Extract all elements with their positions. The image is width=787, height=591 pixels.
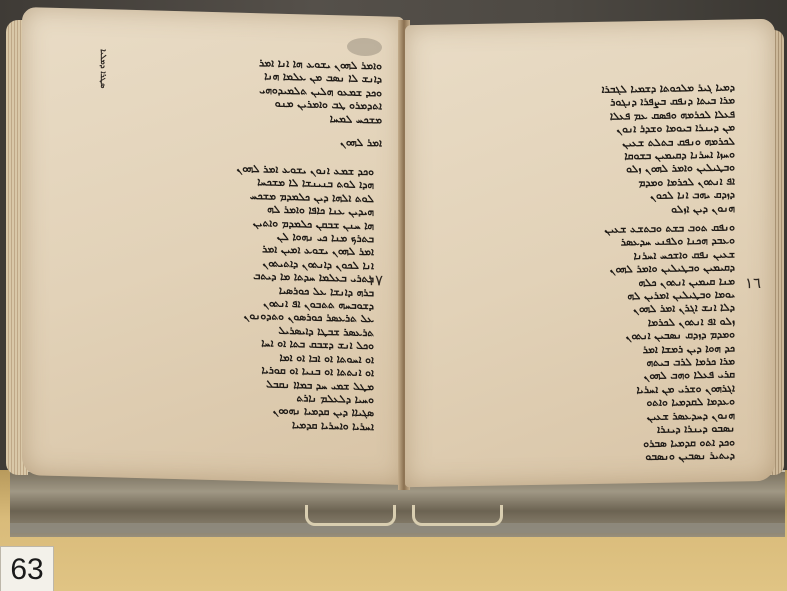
folio-number-right: ١٦ [745, 274, 761, 292]
museum-display-photo: ܣܛܪܐ ܕܡܠܝܐ ܘܐܡܪ ܠܗܘܢ ܝܫܘܥ ܗܐ ܐܢܐ ܐܡܪ ܕܐܢ… [0, 0, 787, 591]
text-line: ܐܡܪ ܠܗܘܢ [112, 130, 382, 150]
manuscript-page-left: ܣܛܪܐ ܕܡܠܝܐ ܘܐܡܪ ܠܗܘܢ ܝܫܘܥ ܗܐ ܐܢܐ ܐܡܪ ܕܐܢ… [22, 7, 404, 485]
manuscript-page-right: ܕܡܝܐ ܓܝܪ ܡܠܟܘܬܐ ܕܫܡܝܐ ܠܓܒܪܐ ܡܪܐ ܒܝܬܐ ܕܢܦ… [405, 19, 775, 487]
stand-base-bar [10, 523, 785, 533]
exhibit-number-label: 63 [0, 546, 54, 591]
right-page-text-main: ܘܢܦܩ ܬܘܒ ܒܫܬ ܘܒܬܫܥ ܫܥܝܢ ܘܥܒܕ ܗܟܢܐ ܘܠܦܢܝ … [445, 221, 735, 467]
left-page-text-main: ܘܟܕ ܫܡܥ ܐܢܘܢ ܝܫܘܥ ܐܡܪ ܠܗܘܢ ܗܕܐ ܠܘܬ ܒܢܝܢܫ… [94, 159, 374, 434]
folio-number-left: ١٧ [367, 271, 383, 289]
water-stain [347, 38, 382, 57]
page-clip-left [305, 505, 396, 526]
left-page-text-top: ܘܐܡܪ ܠܗܘܢ ܝܫܘܥ ܗܐ ܐܢܐ ܐܡܪ ܕܐܢܫ ܠܐ ܢܣܒ ܡܢ… [112, 53, 382, 151]
right-page-text-top: ܕܡܝܐ ܓܝܪ ܡܠܟܘܬܐ ܕܫܡܝܐ ܠܓܒܪܐ ܡܪܐ ܒܝܬܐ ܕܢܦ… [445, 81, 735, 220]
page-clip-right [412, 505, 503, 526]
